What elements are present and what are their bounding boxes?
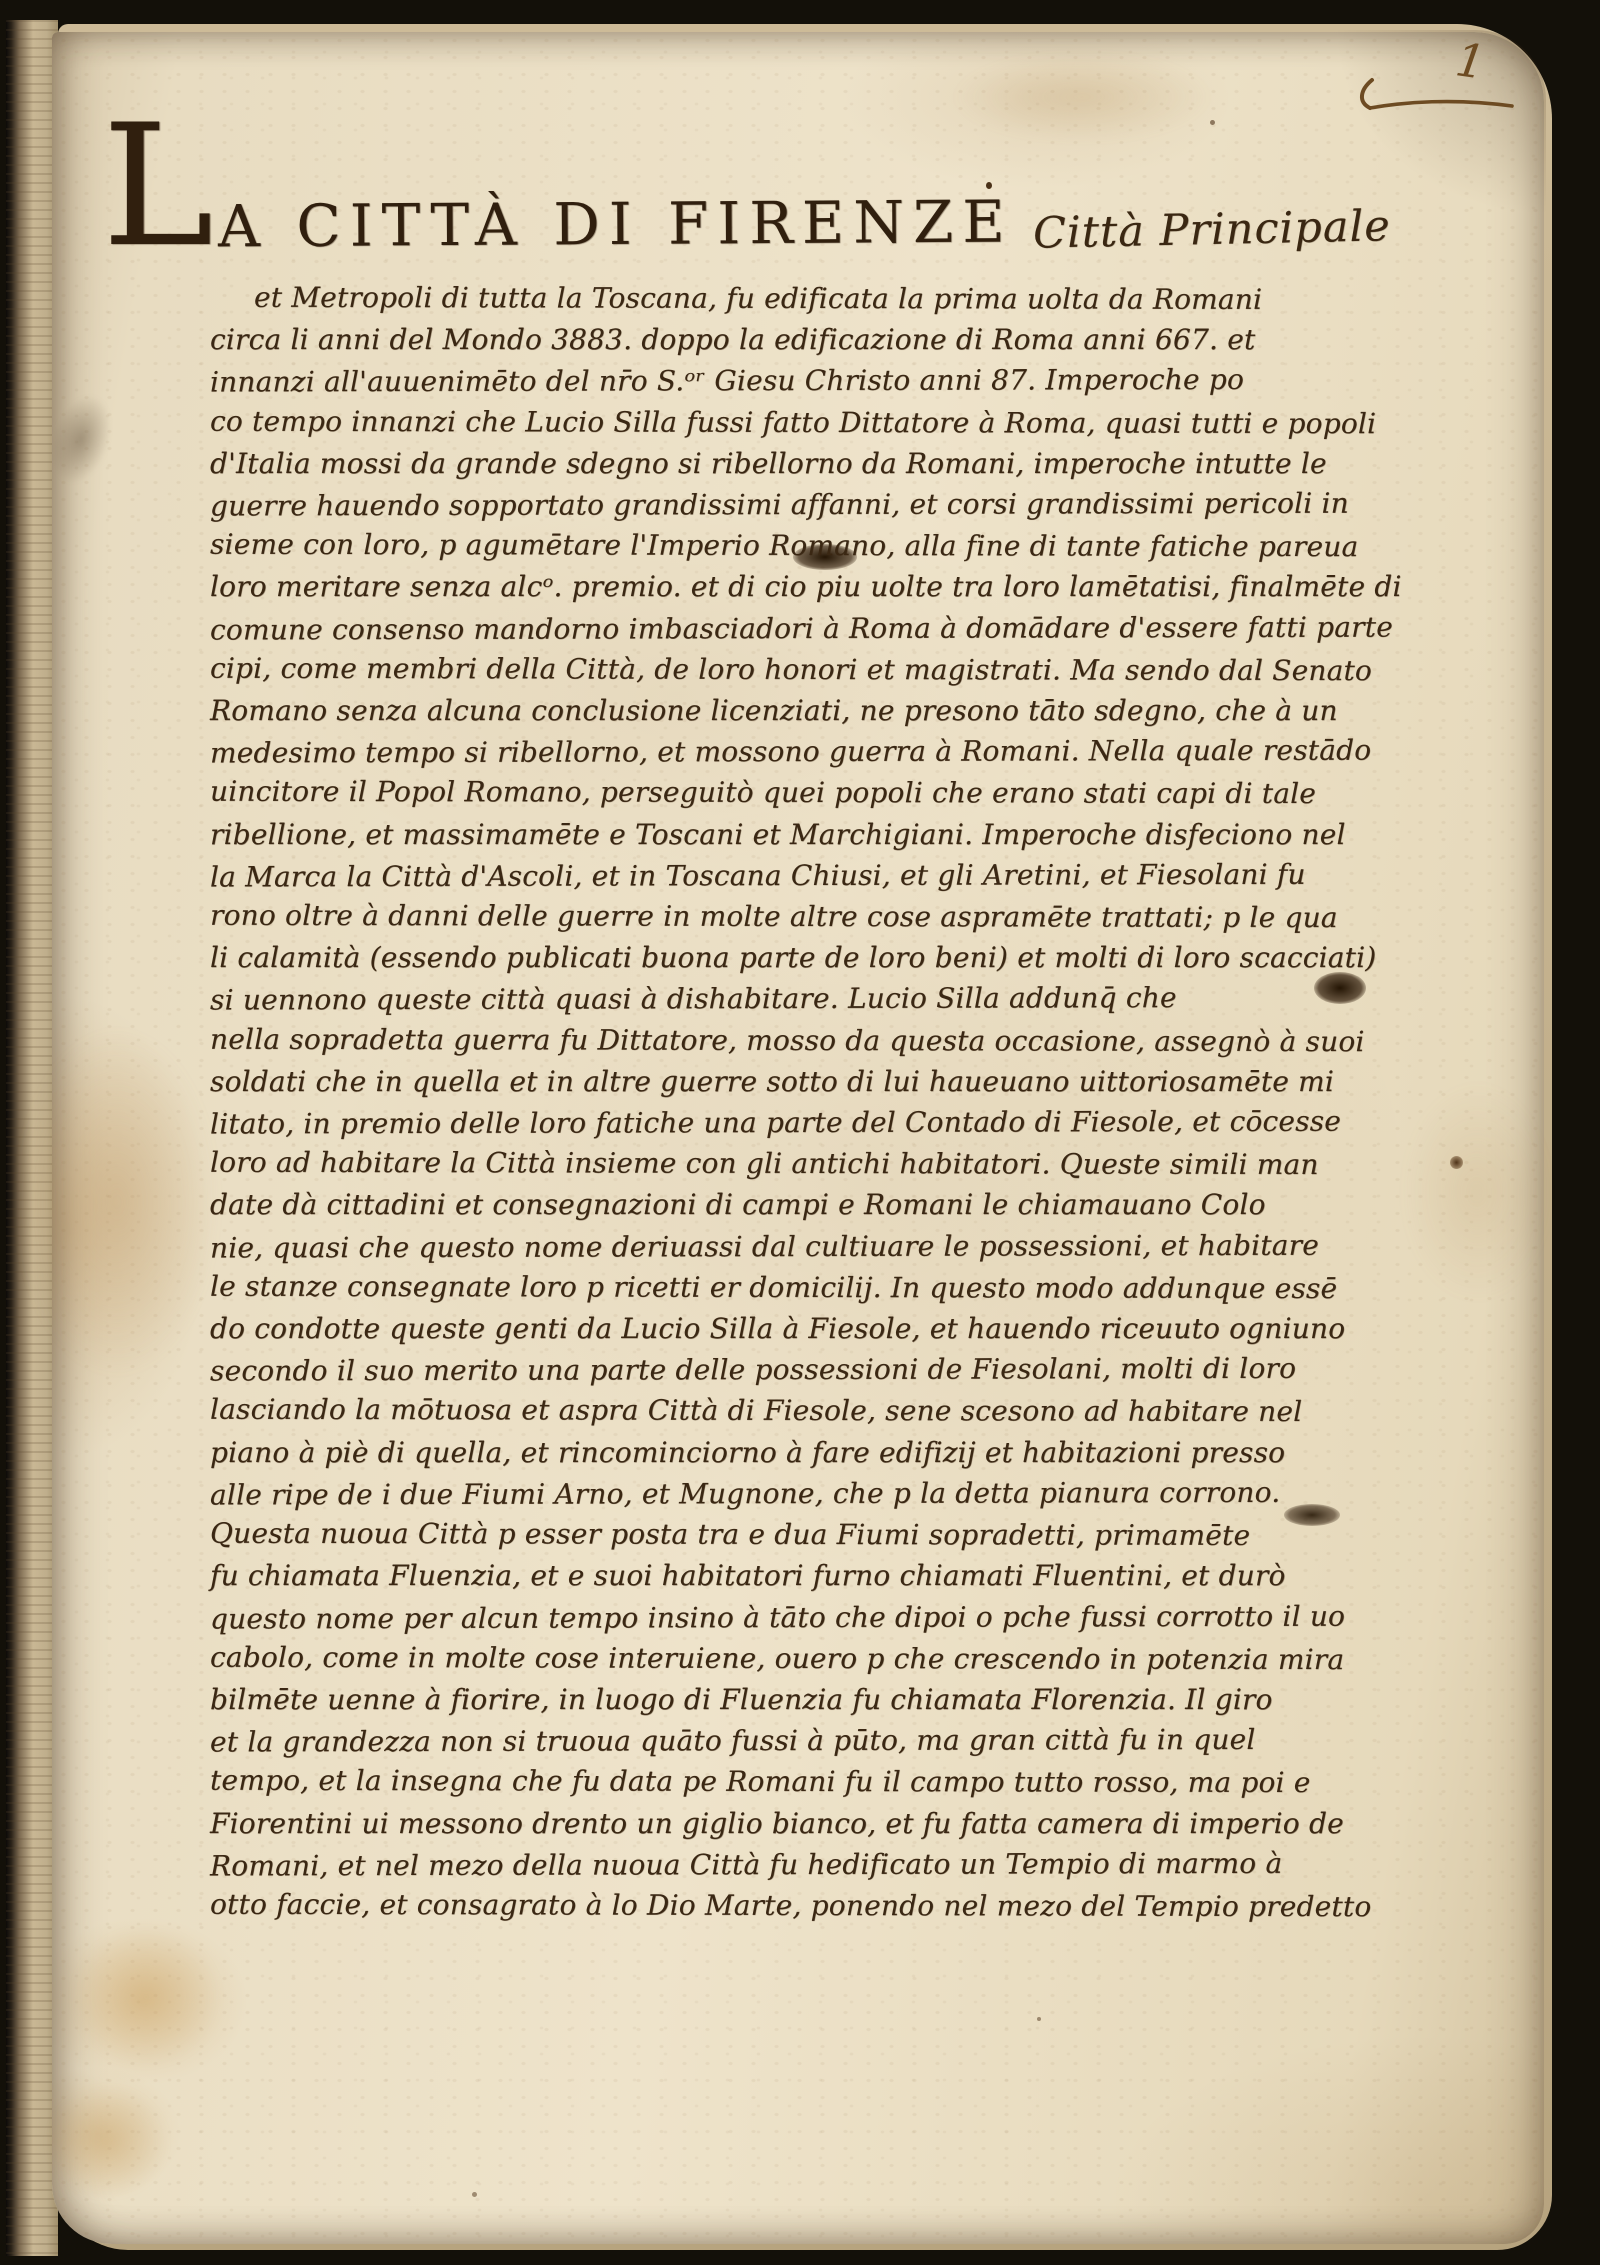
manuscript-line: alle ripe de i due Fiumi Arno, et Mugnon…	[210, 1471, 1420, 1515]
manuscript-line: le stanze consegnate loro p ricetti er d…	[210, 1266, 1420, 1310]
manuscript-line: comune consenso mandorno imbasciadori à …	[210, 606, 1420, 650]
manuscript-line: medesimo tempo si ribellorno, et mossono…	[210, 730, 1420, 774]
manuscript-line: d'Italia mossi da grande sdegno si ribel…	[210, 443, 1420, 484]
manuscript-line: Fiorentini ui messono drento un giglio b…	[210, 1803, 1420, 1844]
manuscript-line: cipi, come membri della Città, de loro h…	[210, 648, 1420, 692]
stain	[66, 1922, 226, 2072]
title-drop-cap: L	[102, 102, 214, 270]
title-caps: A CITTÀ DI FIRENZE	[217, 193, 1013, 256]
manuscript-line: tempo, et la insegna che fu data pe Roma…	[210, 1760, 1420, 1804]
manuscript-line: secondo il suo merito una parte delle po…	[210, 1348, 1420, 1392]
manuscript-line: lasciando la mōtuosa et aspra Città di F…	[210, 1389, 1420, 1433]
manuscript-line: nella sopradetta guerra fu Dittatore, mo…	[210, 1018, 1420, 1062]
manuscript-line: soldati che in quella et in altre guerre…	[210, 1061, 1420, 1102]
manuscript-line: do condotte queste genti da Lucio Silla …	[210, 1308, 1420, 1349]
manuscript-line: Romano senza alcuna conclusione licenzia…	[210, 690, 1420, 731]
manuscript-line: fu chiamata Fluenzia, et e suoi habitato…	[210, 1555, 1420, 1596]
manuscript-line: si uennono queste città quasi à dishabit…	[210, 977, 1420, 1021]
manuscript-line: Questa nuoua Città p esser posta tra e d…	[210, 1513, 1420, 1557]
manuscript-text: et Metropoli di tutta la Toscana, fu edi…	[210, 278, 1420, 1926]
manuscript-line: loro meritare senza alcᵒ. premio. et di …	[210, 566, 1420, 607]
manuscript-line: rono oltre à danni delle guerre in molte…	[210, 895, 1420, 939]
manuscript-line: loro ad habitare la Città insieme con gl…	[210, 1142, 1420, 1186]
manuscript-line: guerre hauendo sopportato grandissimi af…	[210, 483, 1420, 527]
stain	[42, 2082, 172, 2202]
foxing-spot	[1450, 1156, 1463, 1169]
manuscript-line: innanzi all'auuenimēto del nr̄o S.ᵒʳ Gie…	[210, 359, 1420, 403]
title-script: Città Principale	[1033, 205, 1391, 255]
manuscript-line: nie, quasi che questo nome deriuassi dal…	[210, 1224, 1420, 1268]
manuscript-line: circa li anni del Mondo 3883. doppo la e…	[210, 319, 1420, 360]
stain	[1402, 1082, 1552, 1302]
manuscript-photo: 1 L A CITTÀ DI FIRENZE Città Principale …	[0, 0, 1600, 2265]
manuscript-line: Romani, et nel mezo della nuoua Città fu…	[210, 1842, 1420, 1886]
manuscript-line: otto faccie, et consagrato à lo Dio Mart…	[210, 1884, 1420, 1928]
manuscript-line: date dà cittadini et consegnazioni di ca…	[210, 1184, 1420, 1225]
manuscript-line: questo nome per alcun tempo insino à tāt…	[210, 1595, 1420, 1639]
manuscript-line: et la grandezza non si truoua quāto fuss…	[210, 1719, 1420, 1763]
manuscript-line: uincitore il Popol Romano, perseguitò qu…	[210, 771, 1420, 815]
manuscript-line: litato, in premio delle loro fatiche una…	[210, 1101, 1420, 1145]
manuscript-page: 1 L A CITTÀ DI FIRENZE Città Principale …	[52, 32, 1544, 2244]
manuscript-line: piano à piè di quella, et rincominciorno…	[210, 1432, 1420, 1473]
page-title: L A CITTÀ DI FIRENZE Città Principale	[102, 102, 1502, 270]
book-fore-edges	[6, 20, 58, 2256]
manuscript-line: et Metropoli di tutta la Toscana, fu edi…	[210, 277, 1420, 321]
stain	[39, 385, 124, 493]
manuscript-line: la Marca la Città d'Ascoli, et in Toscan…	[210, 853, 1420, 897]
foxing-spot	[472, 2192, 477, 2197]
manuscript-line: co tempo innanzi che Lucio Silla fussi f…	[210, 400, 1420, 444]
manuscript-line: sieme con loro, p agumētare l'Imperio Ro…	[210, 524, 1420, 568]
manuscript-line: li calamità (essendo publicati buona par…	[210, 937, 1420, 978]
manuscript-line: bilmēte uenne à fiorire, in luogo di Flu…	[210, 1679, 1420, 1720]
manuscript-line: cabolo, come in molte cose interuiene, o…	[210, 1636, 1420, 1680]
manuscript-line: ribellione, et massimamēte e Toscani et …	[210, 814, 1420, 855]
foxing-spot	[1037, 2017, 1041, 2021]
